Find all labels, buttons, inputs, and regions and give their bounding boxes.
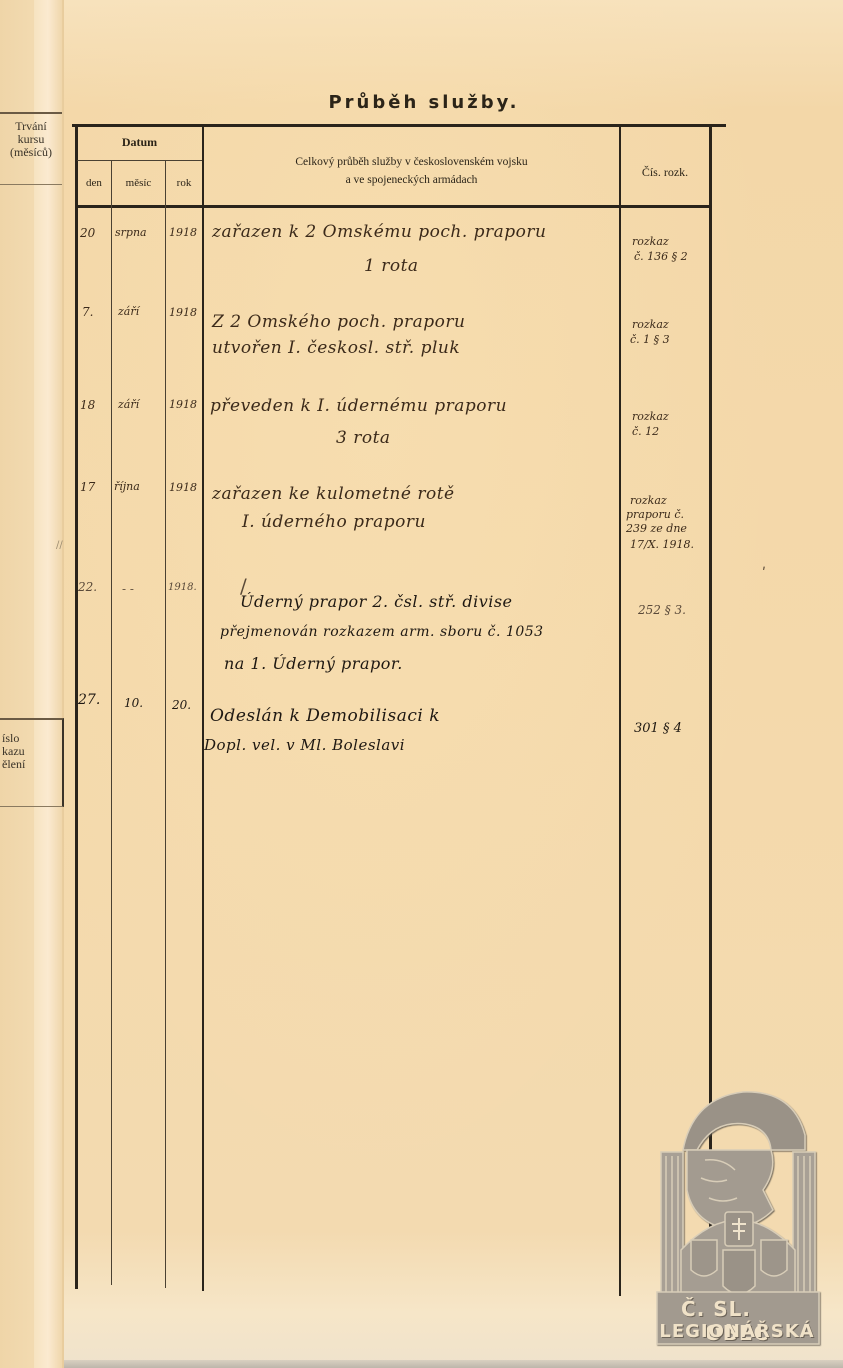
ink-mark: / (240, 574, 247, 598)
legion-logo-watermark: Č. SL. OBEC LEGIONÁŘSKÁ (653, 1080, 823, 1350)
cell-text: 1 rota (364, 256, 419, 276)
cell-text: Odeslán k Demobilisaci k (210, 706, 440, 726)
page-edge (64, 1360, 843, 1368)
cell-rozkaz: 239 ze dne (626, 522, 687, 536)
course-duration-header: Trvání kursu (měsíců) (0, 112, 62, 185)
cell-rok: 20. (172, 698, 191, 712)
cell-text: zařazen ke kulometné rotě (212, 484, 455, 504)
cell-rozkaz: č. 1 § 3 (630, 333, 670, 347)
header-bottom-border (77, 205, 711, 208)
page-fold (34, 0, 62, 1368)
logo-text-line2: LEGIONÁŘSKÁ (659, 1321, 815, 1342)
cell-rozkaz: rozkaz (632, 318, 669, 332)
cell-rozkaz: 252 § 3. (638, 603, 686, 617)
column-line-text (619, 126, 621, 1296)
cell-rozkaz: č. 12 (632, 425, 659, 439)
datum-divider (77, 160, 202, 161)
cell-rozkaz: rozkaz (632, 410, 669, 424)
column-line-rok (202, 126, 204, 1291)
ink-mark: // (56, 540, 63, 551)
cell-rok: 1918 (169, 398, 197, 411)
header-rozkaz: Čís. rozk. (621, 164, 709, 181)
header-description-line: a ve spojeneckých armádach (204, 171, 619, 189)
cell-rok: 1918 (169, 481, 197, 494)
ink-mark: ʹ (762, 566, 766, 582)
cell-text: zařazen k 2 Omskému poch. praporu (212, 222, 547, 242)
cell-mesic: srpna (115, 226, 147, 239)
table-top-border (72, 124, 726, 127)
header-datum: Datum (77, 134, 202, 151)
logo-text: Č. SL. (681, 1297, 751, 1321)
cell-rozkaz: rozkaz (630, 494, 667, 508)
header-text: ělení (0, 758, 62, 771)
cell-den: 7. (82, 305, 93, 319)
cell-rozkaz: 17/X. 1918. (630, 538, 694, 552)
cell-text: 3 rota (336, 428, 391, 448)
order-number-header: íslo kazu ělení (0, 718, 64, 807)
cell-text: přejmenován rozkazem arm. sboru č. 1053 (220, 624, 544, 640)
cell-text: převeden k I. údernému praporu (210, 396, 507, 416)
cell-mesic: září (118, 305, 139, 318)
cell-mesic: září (118, 398, 139, 411)
header-mesic: měsíc (112, 175, 165, 192)
cell-rozkaz: č. 136 § 2 (634, 250, 688, 264)
column-line-mesic (165, 160, 166, 1288)
cell-rozkaz: rozkaz (632, 235, 669, 249)
header-den: den (77, 175, 111, 192)
cell-text: utvořen I. českosl. stř. pluk (212, 338, 460, 358)
cell-text: Z 2 Omského poch. praporu (212, 312, 465, 332)
cell-text: na 1. Úderný prapor. (224, 654, 403, 673)
header-rok: rok (166, 175, 202, 192)
header-description: Celkový průběh služby v československém … (204, 153, 619, 189)
cell-text: Dopl. vel. v Ml. Boleslavi (204, 736, 405, 754)
cell-rozkaz: 301 § 4 (634, 722, 682, 736)
cell-den: 18 (80, 398, 95, 412)
cell-den: 17 (80, 480, 95, 494)
adjacent-left-page: Trvání kursu (měsíců) íslo kazu ělení (0, 0, 65, 1368)
column-line-den (111, 160, 112, 1285)
cell-den: 20 (80, 226, 95, 240)
cell-mesic: 10. (124, 696, 143, 710)
cell-text: I. úderného praporu (242, 512, 426, 532)
cell-rozkaz: praporu č. (626, 508, 684, 522)
cell-rok: 1918 (169, 306, 197, 319)
cell-text: Úderný prapor 2. čsl. stř. divise (240, 592, 513, 611)
header-text: (měsíců) (0, 146, 62, 159)
header-description-line: Celkový průběh služby v československém … (204, 153, 619, 171)
cell-rok: 1918 (169, 226, 197, 239)
cell-rok: 1918. (168, 582, 197, 593)
cell-den: 22. (78, 580, 97, 594)
cell-den: 27. (78, 692, 100, 708)
cell-mesic: října (114, 480, 140, 493)
page-title: Průběh služby. (64, 92, 784, 113)
cell-mesic: - - (122, 582, 134, 596)
